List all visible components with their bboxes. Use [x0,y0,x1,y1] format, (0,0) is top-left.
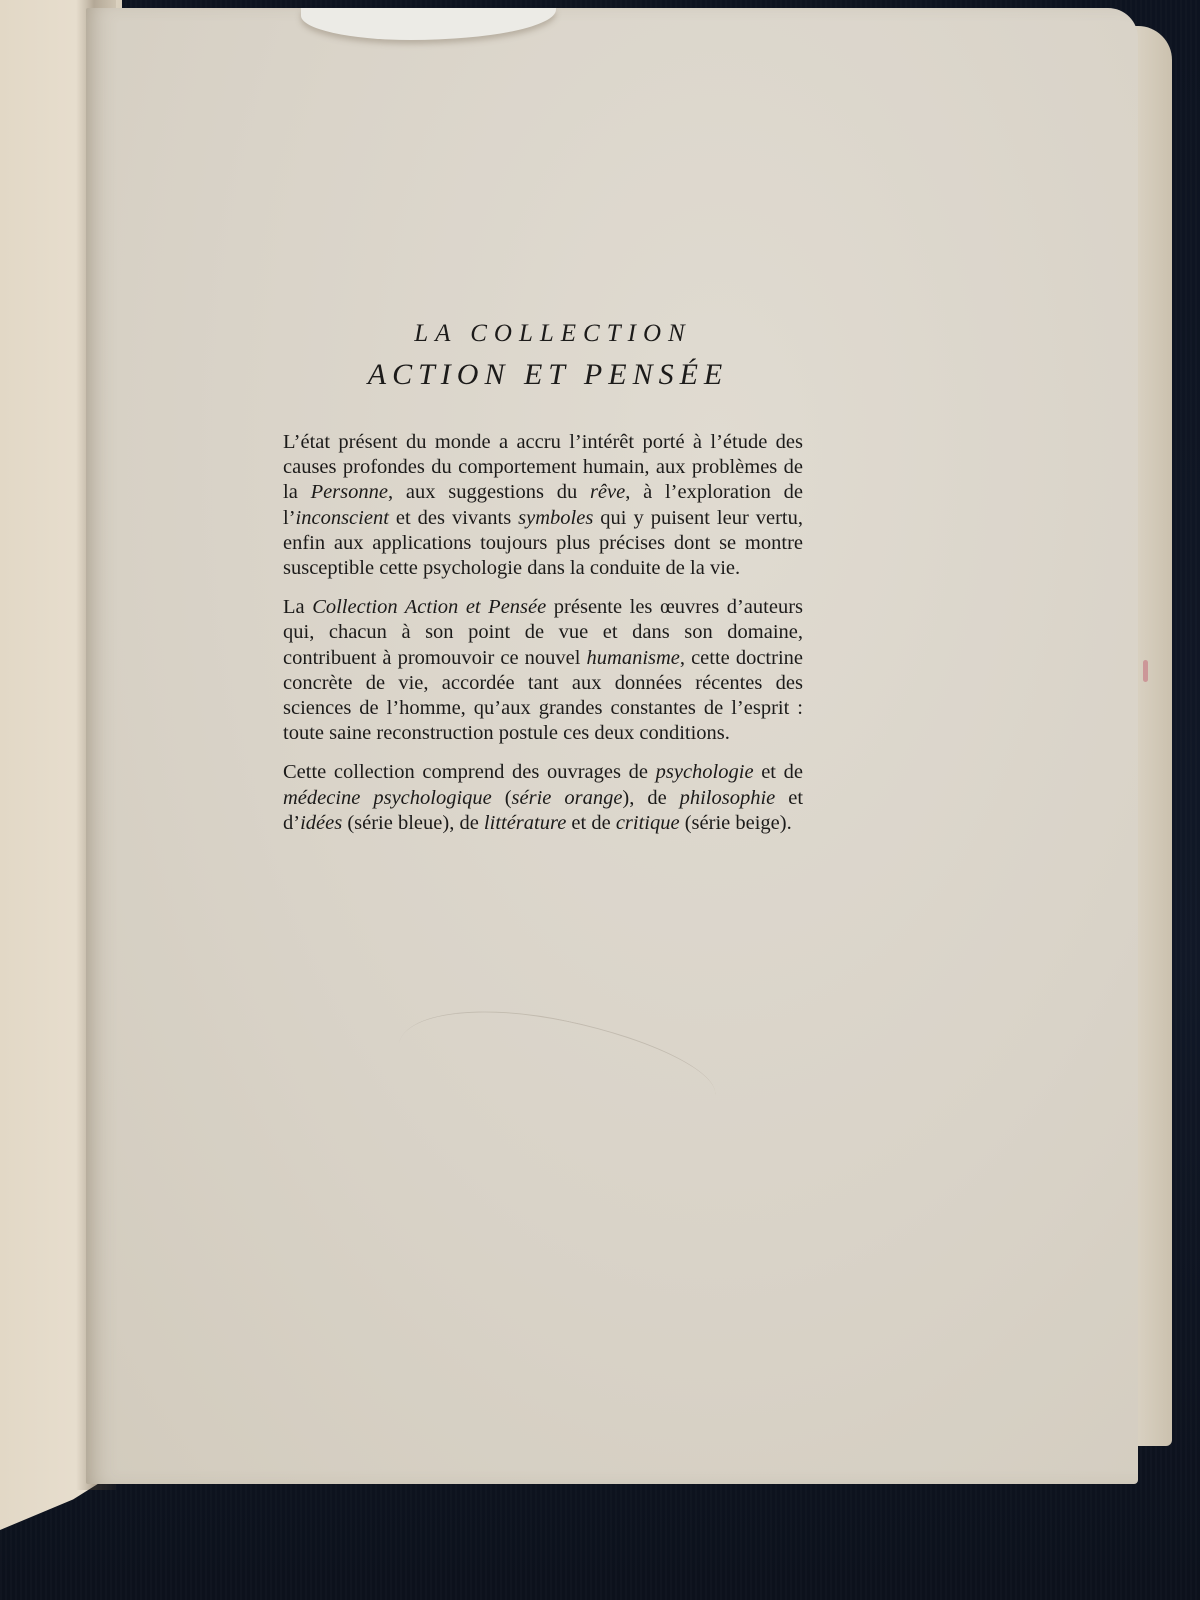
text-run: (série bleue), de [342,812,484,834]
text-run: et de [566,812,616,834]
text-run: et de [754,761,803,783]
italic-text: série orange [512,787,623,809]
pink-edge-mark [1143,660,1148,682]
text-run: Cette collection comprend des ouvrages d… [283,761,656,783]
text-run: (série beige). [680,812,792,834]
italic-text: idées [300,812,342,834]
italic-text: humanisme [587,647,680,669]
italic-text: Collection Action et Pensée [312,596,546,618]
text-run: ( [492,787,512,809]
text-run: , aux suggestions du [388,481,590,503]
paragraph-collection: La Collection Action et Pensée présente … [283,595,803,746]
text-run: La [283,596,312,618]
collection-heading: LA COLLECTION [283,320,803,348]
italic-text: Personne [311,481,388,503]
italic-text: littérature [484,812,566,834]
italic-text: psychologie [656,761,754,783]
paragraph-series: Cette collection comprend des ouvrages d… [283,760,803,836]
italic-text: philosophie [680,787,776,809]
italic-text: symboles [518,507,593,529]
torn-paper-scrap [301,8,556,40]
italic-text: critique [616,812,680,834]
italic-text: inconscient [296,507,389,529]
collection-title: ACTION ET PENSÉE [283,358,803,392]
paragraph-intro: L’état présent du monde a accru l’intérê… [283,430,803,581]
text-run: et des vivants [389,507,518,529]
text-run: ), de [622,787,679,809]
italic-text: médecine psychologique [283,787,492,809]
italic-text: rêve [590,481,625,503]
page-content: LA COLLECTION ACTION ET PENSÉE L’état pr… [283,320,803,850]
